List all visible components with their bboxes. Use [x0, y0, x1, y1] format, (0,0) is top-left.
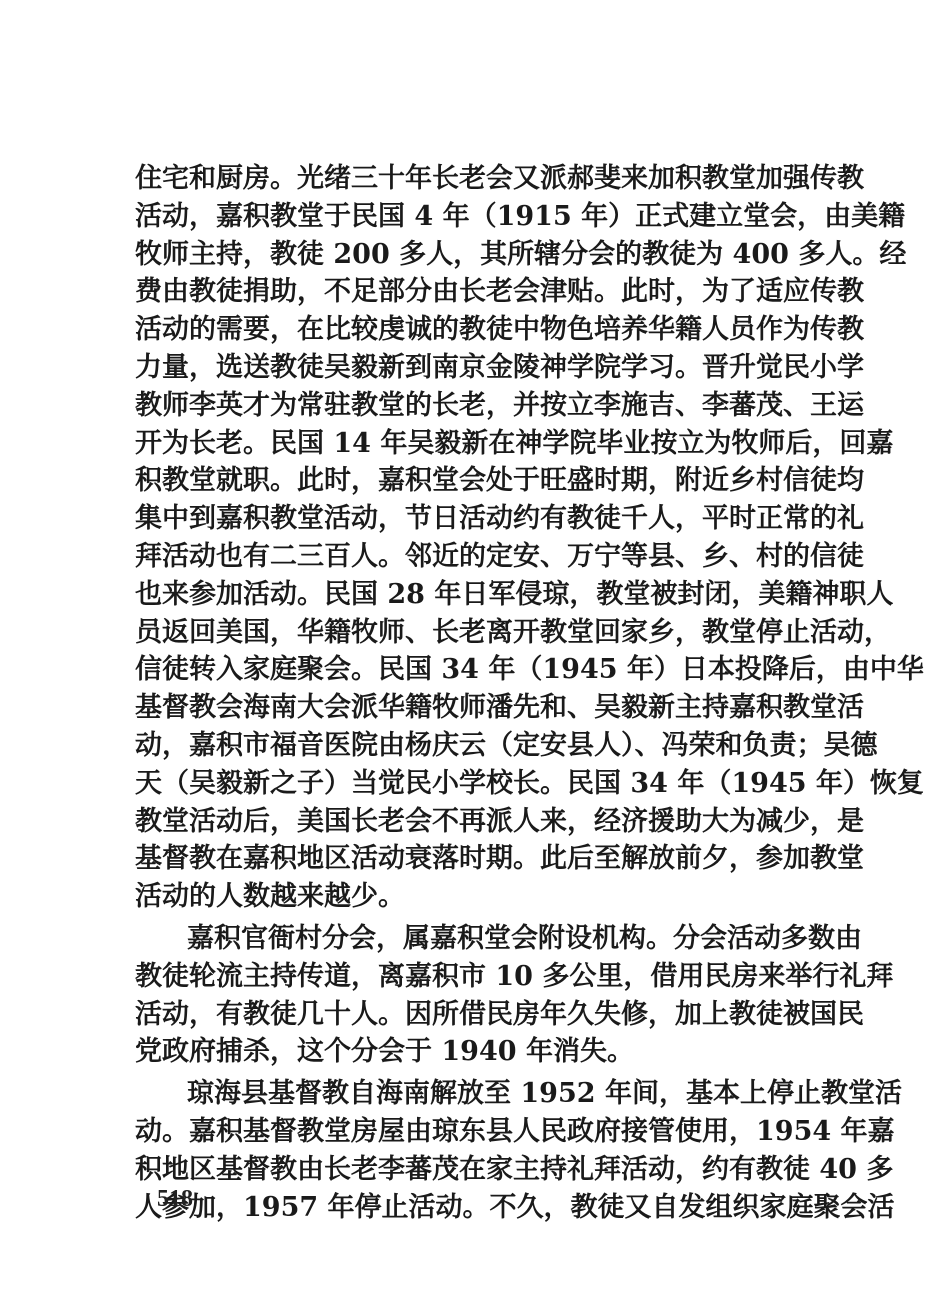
text-line: 教师李英才为常驻教堂的长老，并按立李施吉、李蕃茂、王运 [135, 387, 807, 425]
text-line: 嘉积官衙村分会，属嘉积堂会附设机构。分会活动多数由 [135, 920, 807, 958]
text-line: 开为长老。民国 14 年吴毅新在神学院毕业按立为牧师后，回嘉 [135, 425, 807, 463]
text-line: 活动的需要，在比较虔诚的教徒中物色培养华籍人员作为传教 [135, 311, 807, 349]
text-line: 积教堂就职。此时，嘉积堂会处于旺盛时期，附近乡村信徒均 [135, 462, 807, 500]
book-page: 住宅和厨房。光绪三十年长老会又派郝斐来加积教堂加强传教 活动，嘉积教堂于民国 4… [0, 0, 936, 1310]
paragraph-2: 嘉积官衙村分会，属嘉积堂会附设机构。分会活动多数由 教徒轮流主持传道，离嘉积市 … [135, 920, 807, 1071]
text-line: 集中到嘉积教堂活动，节日活动约有教徒千人，平时正常的礼 [135, 500, 807, 538]
text-line: 也来参加活动。民国 28 年日军侵琼，教堂被封闭，美籍神职人 [135, 576, 807, 614]
text-line: 人参加，1957 年停止活动。不久，教徒又自发组织家庭聚会活 [135, 1189, 807, 1227]
text-line: 党政府捕杀，这个分会于 1940 年消失。 [135, 1033, 807, 1071]
text-line: 积地区基督教由长老李蕃茂在家主持礼拜活动，约有教徒 40 多 [135, 1151, 807, 1189]
text-line: 力量，选送教徒吴毅新到南京金陵神学院学习。晋升觉民小学 [135, 349, 807, 387]
text-line: 员返回美国，华籍牧师、长老离开教堂回家乡，教堂停止活动， [135, 614, 807, 652]
text-line: 活动的人数越来越少。 [135, 878, 807, 916]
body-text: 住宅和厨房。光绪三十年长老会又派郝斐来加积教堂加强传教 活动，嘉积教堂于民国 4… [135, 160, 807, 1226]
text-line: 琼海县基督教自海南解放至 1952 年间，基本上停止教堂活 [135, 1075, 807, 1113]
paragraph-1: 住宅和厨房。光绪三十年长老会又派郝斐来加积教堂加强传教 活动，嘉积教堂于民国 4… [135, 160, 807, 916]
text-line: 费由教徒捐助，不足部分由长老会津贴。此时，为了适应传教 [135, 273, 807, 311]
text-line: 基督教在嘉积地区活动衰落时期。此后至解放前夕，参加教堂 [135, 840, 807, 878]
text-line: 动，嘉积市福音医院由杨庆云（定安县人）、冯荣和负责；吴德 [135, 727, 807, 765]
text-line: 拜活动也有二三百人。邻近的定安、万宁等县、乡、村的信徒 [135, 538, 807, 576]
text-line: 活动，有教徒几十人。因所借民房年久失修，加上教徒被国民 [135, 996, 807, 1034]
text-line: 活动，嘉积教堂于民国 4 年（1915 年）正式建立堂会，由美籍 [135, 198, 807, 236]
text-line: 天（吴毅新之子）当觉民小学校长。民国 34 年（1945 年）恢复 [135, 765, 807, 803]
text-line: 教堂活动后，美国长老会不再派人来，经济援助大为减少，是 [135, 803, 807, 841]
text-line: 基督教会海南大会派华籍牧师潘先和、吴毅新主持嘉积教堂活 [135, 689, 807, 727]
paragraph-3: 琼海县基督教自海南解放至 1952 年间，基本上停止教堂活 动。嘉积基督教堂房屋… [135, 1075, 807, 1226]
text-line: 教徒轮流主持传道，离嘉积市 10 多公里，借用民房来举行礼拜 [135, 958, 807, 996]
text-line: 住宅和厨房。光绪三十年长老会又派郝斐来加积教堂加强传教 [135, 160, 807, 198]
text-line: 动。嘉积基督教堂房屋由琼东县人民政府接管使用，1954 年嘉 [135, 1113, 807, 1151]
text-line: 牧师主持，教徒 200 多人，其所辖分会的教徒为 400 多人。经 [135, 236, 807, 274]
page-number: 518 [157, 1186, 193, 1213]
text-line: 信徒转入家庭聚会。民国 34 年（1945 年）日本投降后，由中华 [135, 651, 807, 689]
